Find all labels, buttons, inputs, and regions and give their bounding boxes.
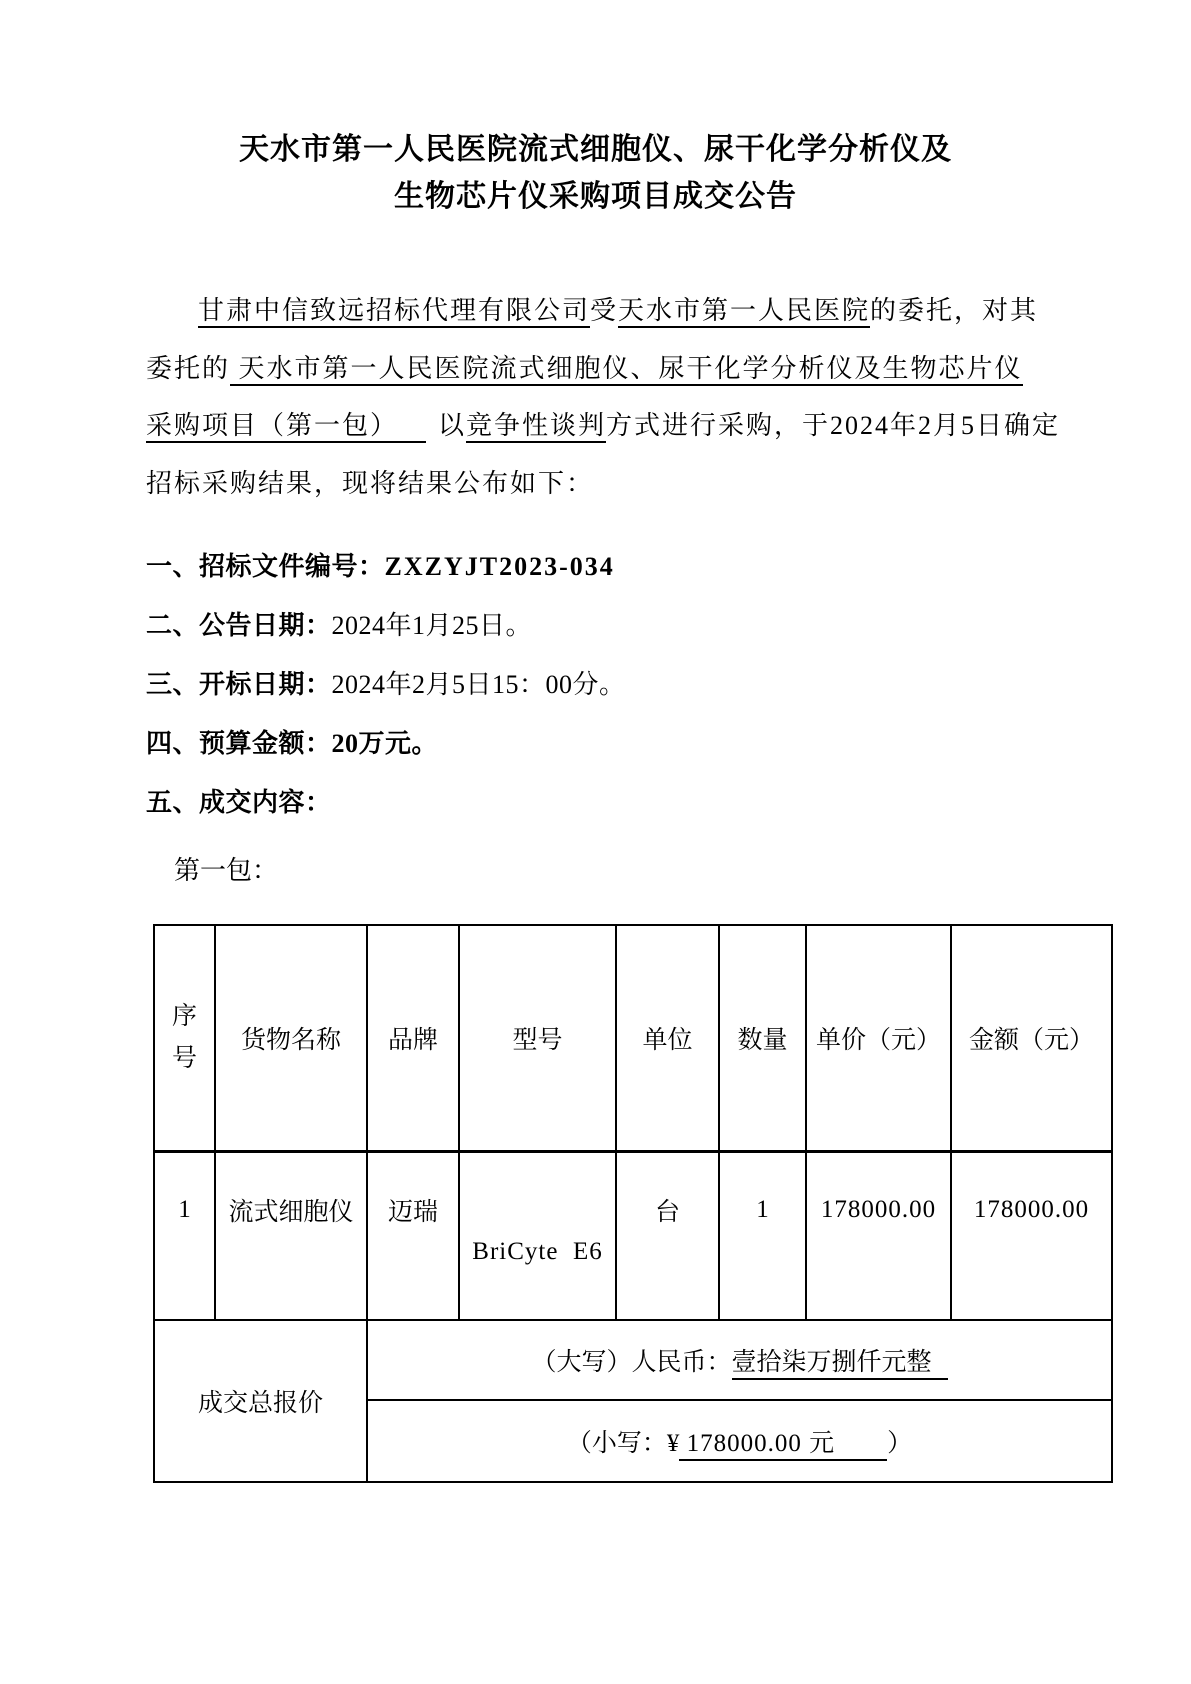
cell-text: 流式细胞仪	[228, 1192, 353, 1228]
intro-text: 方式进行采购，于2024年2月5日确定	[606, 411, 1060, 440]
intro-line-2: 委托的 天水市第一人民医院流式细胞仪、尿干化学分析仪及生物芯片仪	[146, 340, 1053, 398]
amount-figures-prefix: （小写：¥	[567, 1430, 680, 1457]
header-text: 品牌	[388, 1027, 438, 1054]
intro-text: 的委托，对其	[870, 296, 1038, 325]
data-cell-model: BriCyte E6	[459, 1152, 616, 1321]
header-cell-unit-price: 单价（元）	[806, 925, 951, 1152]
amount-words-prefix: （大写）人民币：	[531, 1349, 731, 1376]
amount-words-underlined: 壹拾柒万捌仟元整	[732, 1349, 948, 1380]
item-announcement-date: 二、公告日期：2024年1月25日。	[146, 596, 1053, 655]
data-cell-brand: 迈瑞	[367, 1152, 459, 1321]
data-cell-serial: 1	[154, 1152, 215, 1321]
data-cell-unit-price: 178000.00	[806, 1152, 951, 1321]
cell-text: 1	[756, 1196, 769, 1224]
data-cell-unit: 台	[616, 1152, 719, 1321]
intro-line-1: 甘肃中信致远招标代理有限公司受天水市第一人民医院的委托，对其	[146, 282, 1053, 340]
package-label: 第一包：	[146, 846, 1053, 896]
amount-figures-underlined: 178000.00 元	[679, 1430, 887, 1461]
item-budget-amount: 四、预算金额：20万元。	[146, 714, 1053, 773]
bid-document-number-value: ZXZYJT2023-034	[385, 552, 615, 581]
header-text: 货物名称	[241, 1027, 341, 1054]
procurement-method-underlined: 竞争性谈判	[466, 411, 606, 443]
item-label: 二、公告日期：	[146, 611, 332, 640]
data-cell-goods-name: 流式细胞仪	[215, 1152, 367, 1321]
summary-label: 成交总报价	[198, 1390, 323, 1417]
notice-items: 一、招标文件编号：ZXZYJT2023-034 二、公告日期：2024年1月25…	[146, 537, 1053, 832]
header-text: 单位	[642, 1027, 692, 1054]
title-line-1: 天水市第一人民医院流式细胞仪、尿干化学分析仪及	[0, 126, 1191, 173]
document-page: 天水市第一人民医院流式细胞仪、尿干化学分析仪及 生物芯片仪采购项目成交公告 甘肃…	[0, 0, 1191, 1684]
intro-text: 以	[438, 411, 466, 440]
award-table: 序号 货物名称 品牌 型号 单位 数量 单价（元） 金额（元） 1 流式细胞仪 …	[153, 924, 1113, 1483]
item-bid-document-number: 一、招标文件编号：ZXZYJT2023-034	[146, 537, 1053, 596]
header-text: 单价（元）	[816, 1027, 941, 1054]
table-data-row: 1 流式细胞仪 迈瑞 BriCyte E6 台 1 178000.00 1780…	[154, 1152, 1112, 1321]
header-text: 序号	[171, 996, 199, 1080]
summary-amount-figures-cell: （小写：¥ 178000.00 元）	[367, 1400, 1112, 1482]
header-cell-goods-name: 货物名称	[215, 925, 367, 1152]
header-text: 金额（元）	[969, 1027, 1094, 1054]
item-bid-opening-date: 三、开标日期：2024年2月5日15：00分。	[146, 655, 1053, 714]
hospital-name-underlined: 天水市第一人民医院	[618, 296, 870, 328]
project-name-underlined: 天水市第一人民医院流式细胞仪、尿干化学分析仪及生物芯片仪	[230, 354, 1023, 386]
intro-line-3: 采购项目（第一包）以竞争性谈判方式进行采购，于2024年2月5日确定	[146, 397, 1053, 455]
intro-paragraph: 甘肃中信致远招标代理有限公司受天水市第一人民医院的委托，对其 委托的 天水市第一…	[146, 282, 1053, 512]
cell-text: 178000.00	[821, 1196, 936, 1224]
summary-row-upper: 成交总报价 （大写）人民币：壹拾柒万捌仟元整	[154, 1320, 1112, 1400]
header-cell-model: 型号	[459, 925, 616, 1152]
intro-line-4: 招标采购结果，现将结果公布如下：	[146, 455, 1053, 513]
header-cell-quantity: 数量	[719, 925, 806, 1152]
cell-text: 台	[655, 1192, 680, 1228]
header-text: 数量	[737, 1027, 787, 1054]
intro-text: 委托的	[146, 354, 230, 383]
cell-text: BriCyte E6	[472, 1238, 602, 1266]
announcement-date-value: 2024年1月25日。	[332, 611, 533, 640]
title-line-2: 生物芯片仪采购项目成交公告	[0, 173, 1191, 220]
header-cell-brand: 品牌	[367, 925, 459, 1152]
cell-text: 1	[178, 1196, 191, 1224]
bid-opening-date-value: 2024年2月5日15：00分。	[332, 670, 626, 699]
cell-text: 178000.00	[974, 1196, 1089, 1224]
item-label: 五、成交内容：	[146, 788, 332, 817]
summary-label-cell: 成交总报价	[154, 1320, 367, 1482]
data-cell-amount: 178000.00	[951, 1152, 1112, 1321]
header-text: 型号	[512, 1027, 562, 1054]
project-package-underlined: 采购项目（第一包）	[146, 411, 426, 443]
header-cell-amount: 金额（元）	[951, 925, 1112, 1152]
cell-text: 迈瑞	[388, 1192, 438, 1228]
intro-text: 受	[590, 296, 618, 325]
header-cell-unit: 单位	[616, 925, 719, 1152]
header-cell-serial: 序号	[154, 925, 215, 1152]
agency-name-underlined: 甘肃中信致远招标代理有限公司	[198, 296, 590, 328]
data-cell-quantity: 1	[719, 1152, 806, 1321]
intro-text: 招标采购结果，现将结果公布如下：	[146, 469, 594, 498]
document-title: 天水市第一人民医院流式细胞仪、尿干化学分析仪及 生物芯片仪采购项目成交公告	[0, 0, 1191, 220]
item-label: 三、开标日期：	[146, 670, 332, 699]
summary-amount-words-cell: （大写）人民币：壹拾柒万捌仟元整	[367, 1320, 1112, 1400]
item-label: 四、预算金额：20万元。	[146, 729, 438, 758]
amount-figures-suffix: ）	[887, 1430, 912, 1457]
table-header-row: 序号 货物名称 品牌 型号 单位 数量 单价（元） 金额（元）	[154, 925, 1112, 1152]
item-label: 一、招标文件编号：	[146, 552, 385, 581]
item-award-content: 五、成交内容：	[146, 773, 1053, 832]
